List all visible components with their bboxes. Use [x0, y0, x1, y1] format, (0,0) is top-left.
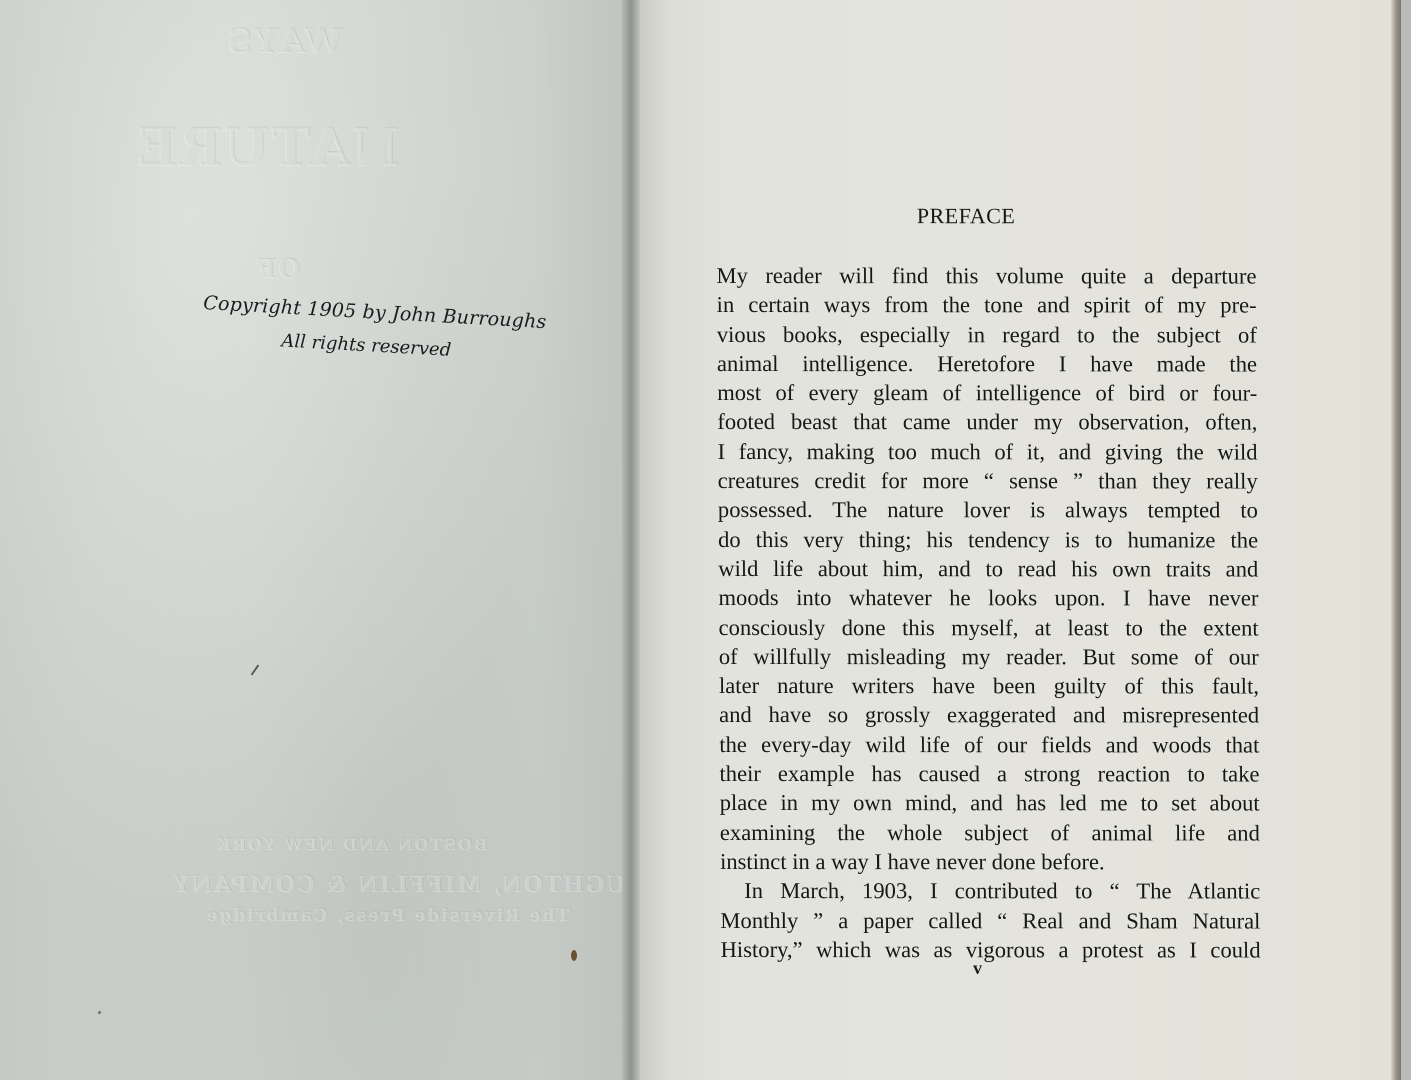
preface-text-block: PREFACE My reader will find this volume …: [716, 203, 1261, 965]
text-line: do this very thing; his tendency is to h…: [718, 525, 1258, 555]
text-line: consciously done this myself, at least t…: [719, 613, 1259, 643]
text-line: and have so grossly exaggerated and misr…: [719, 700, 1259, 730]
showthrough-text: OF: [255, 255, 300, 285]
text-line: In March, 1903, I contributed to “ The A…: [720, 876, 1260, 906]
showthrough-text: BOSTON AND NEW YORK: [215, 835, 488, 854]
text-line: wild life about him, and to read his own…: [718, 554, 1258, 584]
text-line: later nature writers have been guilty of…: [719, 671, 1259, 701]
text-line: their example has caused a strong reacti…: [719, 759, 1259, 789]
text-line: possessed. The nature lover is always te…: [718, 495, 1258, 525]
text-line: place in my own mind, and has led me to …: [720, 788, 1260, 818]
left-page-copyright: WAYS NATURE OF BOSTON AND NEW YORK HOUGH…: [0, 0, 632, 1080]
showthrough-text: The Riverside Press, Cambridge: [205, 906, 570, 926]
text-line: My reader will find this volume quite a …: [716, 261, 1256, 291]
text-line: footed beast that came under my observat…: [717, 407, 1257, 437]
showthrough-text: NATURE: [135, 118, 399, 179]
showthrough-text: HOUGHTON, MIFFLIN & COMPANY: [172, 872, 670, 898]
text-line: vious books, especially in regard to the…: [717, 320, 1257, 350]
text-line: instinct in a way I have never done befo…: [720, 847, 1260, 877]
copyright-notice: Copyright 1905 by John Burroughs All rig…: [201, 292, 534, 365]
page-number: v: [973, 958, 982, 979]
text-line: the every-day wild life of our fields an…: [719, 730, 1259, 760]
text-line: most of every gleam of intelligence of b…: [717, 378, 1257, 408]
page-edge: [1391, 0, 1401, 1080]
open-book-spread: WAYS NATURE OF BOSTON AND NEW YORK HOUGH…: [0, 0, 1411, 1080]
preface-paragraph-1: My reader will find this volume quite a …: [716, 261, 1260, 877]
preface-paragraph-2: In March, 1903, I contributed to “ The A…: [720, 876, 1261, 964]
pencil-mark: [251, 665, 260, 676]
dust-speck: [98, 1011, 101, 1014]
preface-heading: PREFACE: [716, 203, 1256, 229]
text-line: examining the whole subject of animal li…: [720, 818, 1260, 848]
text-line: of willfully misleading my reader. But s…: [719, 642, 1259, 672]
text-line: Monthly ” a paper called “ Real and Sham…: [720, 906, 1260, 936]
text-line: in certain ways from the tone and spirit…: [717, 290, 1257, 320]
showthrough-text: WAYS: [225, 22, 343, 62]
text-line: moods into whatever he looks upon. I hav…: [718, 583, 1258, 613]
rights-reserved-line: All rights reserved: [201, 326, 532, 365]
text-line: I fancy, making too much of it, and givi…: [717, 437, 1257, 467]
text-line: History,” which was as vigorous a protes…: [720, 935, 1260, 965]
copyright-line: Copyright 1905 by John Burroughs: [203, 292, 534, 332]
text-line: creatures credit for more “ sense ” than…: [718, 466, 1258, 496]
foxing-spot: [571, 950, 577, 961]
text-line: animal intelligence. Heretofore I have m…: [717, 349, 1257, 379]
